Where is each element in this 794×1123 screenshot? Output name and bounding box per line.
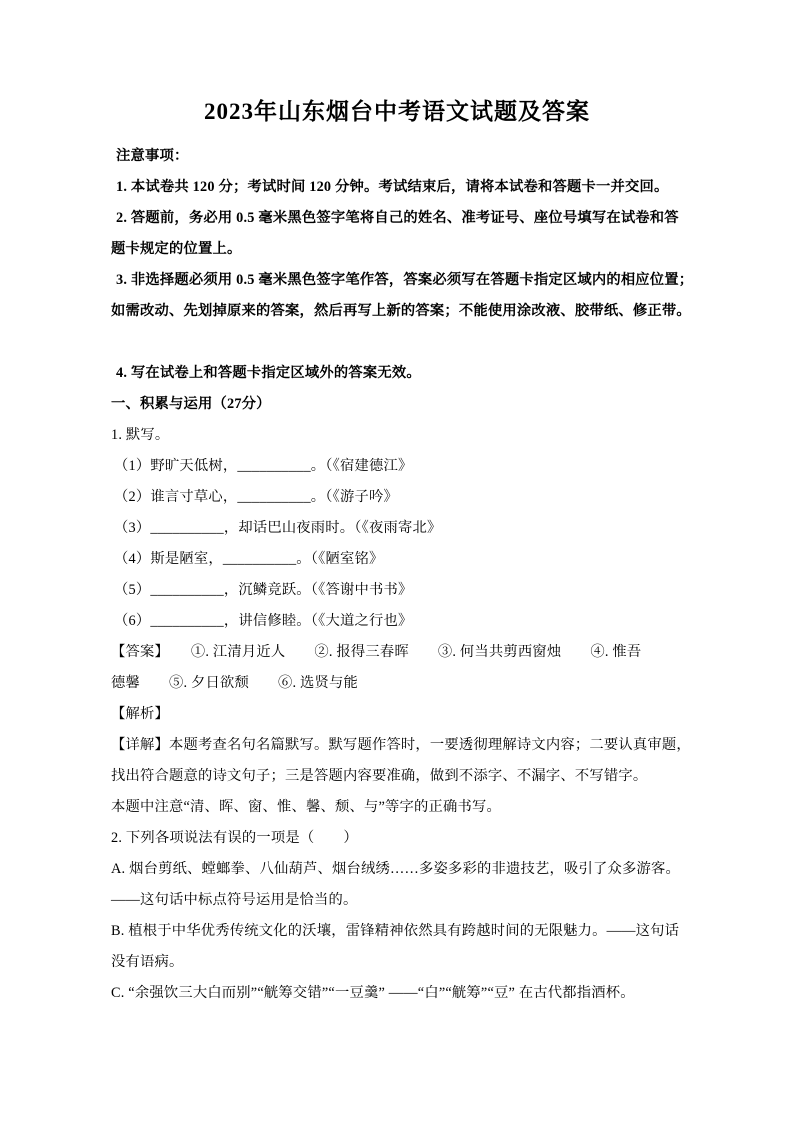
blank-line (111, 327, 711, 358)
question-2-option-a-line-2: ——这句话中标点符号运用是恰当的。 (111, 885, 711, 916)
document-body: 注意事项： 1. 本试卷共 120 分；考试时间 120 分钟。考试结束后，请将… (111, 141, 711, 1009)
notice-item-4: 4. 写在试卷上和答题卡指定区域外的答案无效。 (111, 358, 711, 389)
question-1-blank-6: （6）__________，讲信修睦。（《大道之行也》 (111, 606, 711, 637)
notice-item-3-line-2: 如需改动、先划掉原来的答案，然后再写上新的答案；不能使用涂改液、胶带纸、修正带。 (111, 296, 711, 327)
question-1-blank-2: （2）谁言寸草心，__________。（《游子吟》 (111, 482, 711, 513)
question-1-blank-5: （5）__________，沉鳞竞跃。（《答谢中书书》 (111, 575, 711, 606)
question-1-detail-line-2: 找出符合题意的诗文句子；三是答题内容要准确，做到不添字、不漏字、不写错字。 (111, 761, 711, 792)
question-1-analysis-heading: 【解析】 (111, 699, 711, 730)
question-1-answer-line-1: 【答案】 ①. 江清月近人 ②. 报得三春晖 ③. 何当共剪西窗烛 ④. 惟吾 (111, 637, 711, 668)
question-2-option-b-line-1: B. 植根于中华优秀传统文化的沃壤，雷锋精神依然具有跨越时间的无限魅力。——这句… (111, 916, 711, 947)
page-title: 2023年山东烟台中考语文试题及答案 (0, 97, 794, 127)
section-1-heading: 一、积累与运用（27分） (111, 389, 711, 420)
question-2-option-a-line-1: A. 烟台剪纸、螳螂拳、八仙葫芦、烟台绒绣……多姿多彩的非遗技艺，吸引了众多游客… (111, 854, 711, 885)
notice-item-2-line-1: 2. 答题前，务必用 0.5 毫米黑色签字笔将自己的姓名、准考证号、座位号填写在… (111, 203, 711, 234)
question-1-blank-3: （3）__________，却话巴山夜雨时。（《夜雨寄北》 (111, 513, 711, 544)
question-1-answer-line-2: 德馨 ⑤. 夕日欲颓 ⑥. 选贤与能 (111, 668, 711, 699)
question-2-stem: 2. 下列各项说法有误的一项是（ ） (111, 823, 711, 854)
notice-item-2-line-2: 题卡规定的位置上。 (111, 234, 711, 265)
notice-heading: 注意事项： (111, 141, 711, 172)
question-2-option-b-line-2: 没有语病。 (111, 947, 711, 978)
question-2-option-c: C. “余强饮三大白而别”“觥筹交错”“一豆羹” ——“白”“觥筹”“豆” 在古… (111, 978, 711, 1009)
question-1-blank-1: （1）野旷天低树，__________。（《宿建德江》 (111, 451, 711, 482)
question-1-stem: 1. 默写。 (111, 420, 711, 451)
question-1-note: 本题中注意“清、晖、窗、惟、馨、颓、与”等字的正确书写。 (111, 792, 711, 823)
question-1-blank-4: （4）斯是陋室，__________。（《陋室铭》 (111, 544, 711, 575)
notice-item-1: 1. 本试卷共 120 分；考试时间 120 分钟。考试结束后，请将本试卷和答题… (111, 172, 711, 203)
exam-document-page: 2023年山东烟台中考语文试题及答案 注意事项： 1. 本试卷共 120 分；考… (0, 0, 794, 1123)
question-1-detail-line-1: 【详解】本题考查名句名篇默写。默写题作答时，一要透彻理解诗文内容；二要认真审题， (111, 730, 711, 761)
notice-item-3-line-1: 3. 非选择题必须用 0.5 毫米黑色签字笔作答，答案必须写在答题卡指定区域内的… (111, 265, 711, 296)
